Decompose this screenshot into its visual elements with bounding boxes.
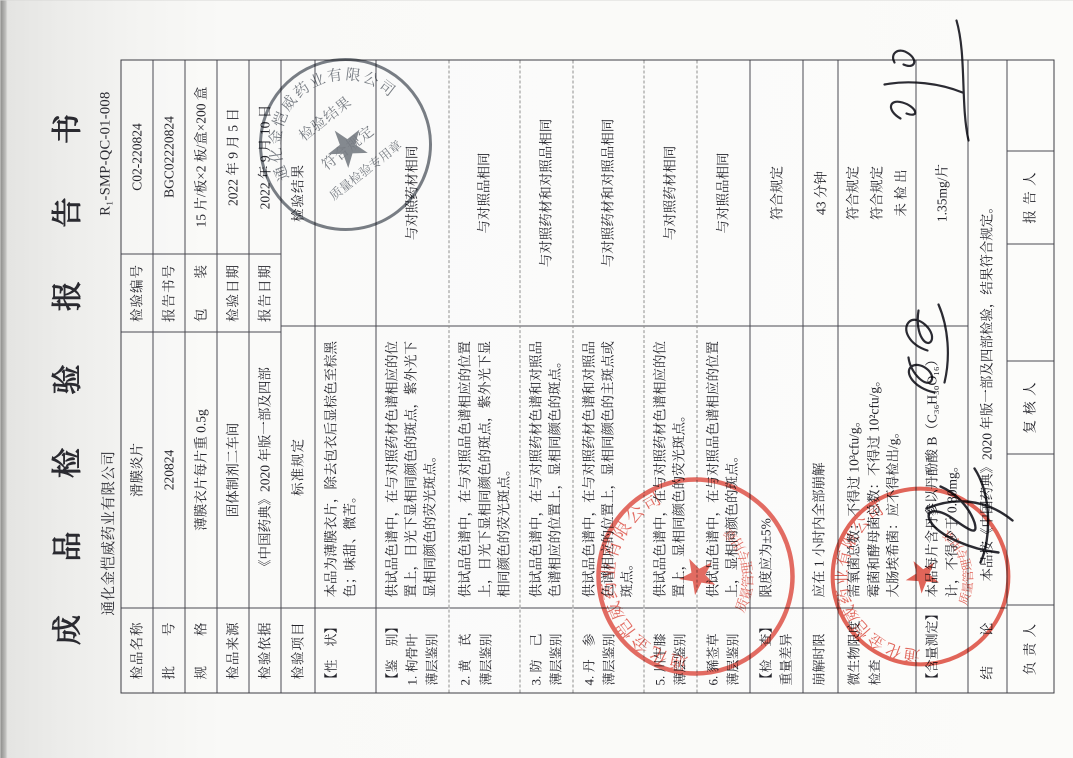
table-row: 检验依据 《中国药典》2020 年版一部及四部 报告日期 2022 年 9 月 …	[248, 60, 280, 692]
test-date-label: 检验日期	[217, 254, 248, 332]
item-result: 与对照药材相同	[376, 60, 448, 326]
item-label: 6. 豨莶草 薄层鉴别	[697, 608, 749, 692]
reporter-label: 报 告 人	[1007, 150, 1053, 244]
source-label: 检品来源	[217, 608, 248, 692]
report-no-value: BGC02220824	[153, 60, 184, 254]
table-row-disintegration: 崩解时限 应在 1 小时内全部崩解 43 分钟	[802, 60, 837, 692]
item-result: 与对照药材相同	[644, 60, 696, 326]
item-result: 与对照品相同	[697, 60, 749, 326]
col-header-result: 检验结果	[281, 60, 314, 326]
item-standard: 供试品色谱中，在与对照药材色谱相应的位置上，日光下显相同颜色的斑点，紫外光下显相…	[376, 326, 448, 608]
report-page: 成 品 检 验 报 告 书 通化金恺威药业有限公司 R₁-SMP-QC-01-0…	[0, 0, 1073, 758]
column-header-row: 检验项目 标准规定 检验结果	[280, 60, 314, 692]
test-date-value: 2022 年 9 月 5 日	[217, 60, 248, 254]
item-label: 【性 状】	[315, 608, 375, 692]
document-code: R₁-SMP-QC-01-008	[97, 61, 118, 215]
item-standard: 应在 1 小时内全部崩解	[803, 326, 837, 608]
item-label: 3. 防 己 薄层鉴别	[520, 608, 572, 692]
package-label: 包 装	[185, 254, 216, 332]
source-value: 固体制剂二车间	[217, 332, 248, 608]
report-date-value: 2022 年 9 月 10 日	[249, 60, 280, 254]
scanned-report-viewport: 成 品 检 验 报 告 书 通化金恺威药业有限公司 R₁-SMP-QC-01-0…	[0, 0, 1073, 758]
reviewer-label: 复 核 人	[1007, 360, 1053, 454]
item-result: 43 分钟	[803, 60, 837, 326]
principal-signature	[912, 448, 1020, 580]
item-standard: 限度应为±5%	[750, 326, 802, 608]
item-label: 2. 黄 芪 薄层鉴别	[449, 608, 518, 692]
table-row-appearance: 【性 状】 本品为薄膜衣片，除去包衣后显棕色至棕黑色；味甜、微苦。	[314, 60, 375, 692]
title-subline: 通化金恺威药业有限公司 R₁-SMP-QC-01-008	[97, 61, 118, 693]
item-label: 【鉴 别】 1. 枸骨叶 薄层鉴别	[376, 608, 448, 692]
report-no-label: 报告书号	[153, 254, 184, 332]
item-label: 崩解时限	[803, 608, 837, 692]
table-row-weight-variation: 【检 查】 重量差异 限度应为±5% 符合规定	[749, 60, 802, 692]
table-row: 批 号 220824 报告书号 BGC02220824	[152, 60, 184, 692]
spec-value: 薄膜衣片每片重 0.5g	[185, 332, 216, 608]
principal-label: 负 责 人	[1007, 604, 1053, 692]
item-standard: 供试品色谱中，在与对照品色谱相应的位置上，日光下显相同颜色的斑点，紫外光下显相同…	[449, 326, 518, 608]
basis-value: 《中国药典》2020 年版一部及四部	[249, 332, 280, 608]
item-standard: 本品为薄膜衣片，除去包衣后显棕色至棕黑色；味甜、微苦。	[315, 326, 375, 608]
company-name: 通化金恺威药业有限公司	[97, 450, 118, 693]
package-value: 15 片/板×2 板/盒×200 盒	[185, 60, 216, 254]
sample-name-label: 检品名称	[121, 608, 152, 692]
test-no-label: 检验编号	[121, 254, 152, 332]
col-header-item: 检验项目	[281, 608, 314, 692]
item-label: 【检 查】 重量差异	[750, 608, 802, 692]
item-result: 符合规定	[750, 60, 802, 326]
table-row-id-xixiancao: 6. 豨莶草 薄层鉴别 供试品色谱中，在与对照品色谱相应的位置上，显相同颜色的斑…	[696, 60, 749, 692]
item-standard: 供试品色谱中，在与对照药材色谱和对照品色谱相应的位置上，显相同颜色的斑点。	[520, 326, 572, 608]
reviewer-signature-cell	[1007, 244, 1053, 360]
signature-row: 负 责 人 复 核 人 报 告 人	[1006, 60, 1053, 692]
conclusion-label: 结 论	[968, 608, 1006, 692]
sample-name-value: 滑膜炎片	[121, 332, 152, 608]
scan-edge	[0, 0, 7, 758]
item-result: 与对照药材和对照品相同	[573, 60, 642, 326]
table-row-id-huangqi: 2. 黄 芪 薄层鉴别 供试品色谱中，在与对照品色谱相应的位置上，日光下显相同颜…	[448, 60, 518, 692]
table-row-id-fangji: 3. 防 己 薄层鉴别 供试品色谱中，在与对照药材色谱和对照品色谱相应的位置上，…	[519, 60, 572, 692]
basis-label: 检验依据	[249, 608, 280, 692]
item-standard: 供试品色谱中，在与对照药材色谱和对照品色谱相应的位置上，显相同颜色的主斑点或斑点…	[573, 326, 642, 608]
item-label: 微生物限度 检查	[838, 608, 915, 692]
batch-value: 220824	[153, 332, 184, 608]
item-standard: 供试品色谱中，在与对照药材色谱相应的位置上，显相同颜色的荧光斑点。	[644, 326, 696, 608]
table-row: 检品名称 滑膜炎片 检验编号 C02-220824	[121, 60, 152, 692]
batch-label: 批 号	[153, 608, 184, 692]
item-label: 【含量测定】	[916, 608, 966, 692]
reporter-signature-cell	[1007, 60, 1053, 150]
item-label: 5. 川牛膝 薄层鉴别	[644, 608, 696, 692]
spec-label: 规 格	[185, 608, 216, 692]
report-date-label: 报告日期	[249, 254, 280, 332]
table-row-id-danshen: 4. 丹 参 薄层鉴别 供试品色谱中，在与对照药材色谱和对照品色谱相应的位置上，…	[572, 60, 642, 692]
table-row-id-chuanniuxi: 5. 川牛膝 薄层鉴别 供试品色谱中，在与对照药材色谱相应的位置上，显相同颜色的…	[643, 60, 696, 692]
table-row: 规 格 薄膜衣片每片重 0.5g 包 装 15 片/板×2 板/盒×200 盒	[184, 60, 216, 692]
page-title: 成 品 检 验 报 告 书	[42, 0, 86, 758]
item-result: 与对照药材和对照品相同	[520, 60, 572, 326]
conclusion-row: 结 论 本品按《中国药典》2020 年版一部及四部检验，结果符合规定。	[967, 60, 1006, 692]
item-result: 与对照品相同	[449, 60, 518, 326]
col-header-standard: 标准规定	[281, 326, 314, 608]
item-result	[315, 60, 375, 326]
item-standard: 供试品色谱中，在与对照品色谱相应的位置上，显相同颜色的斑点。	[697, 326, 749, 608]
table-row-id-gougu-leaf: 【鉴 别】 1. 枸骨叶 薄层鉴别 供试品色谱中，在与对照药材色谱相应的位置上，…	[375, 60, 448, 692]
reviewer-signature	[890, 294, 954, 402]
table-row: 检品来源 固体制剂二车间 检验日期 2022 年 9 月 5 日	[216, 60, 248, 692]
reporter-signature	[876, 14, 980, 146]
item-label: 4. 丹 参 薄层鉴别	[573, 608, 642, 692]
test-no-value: C02-220824	[121, 60, 152, 254]
